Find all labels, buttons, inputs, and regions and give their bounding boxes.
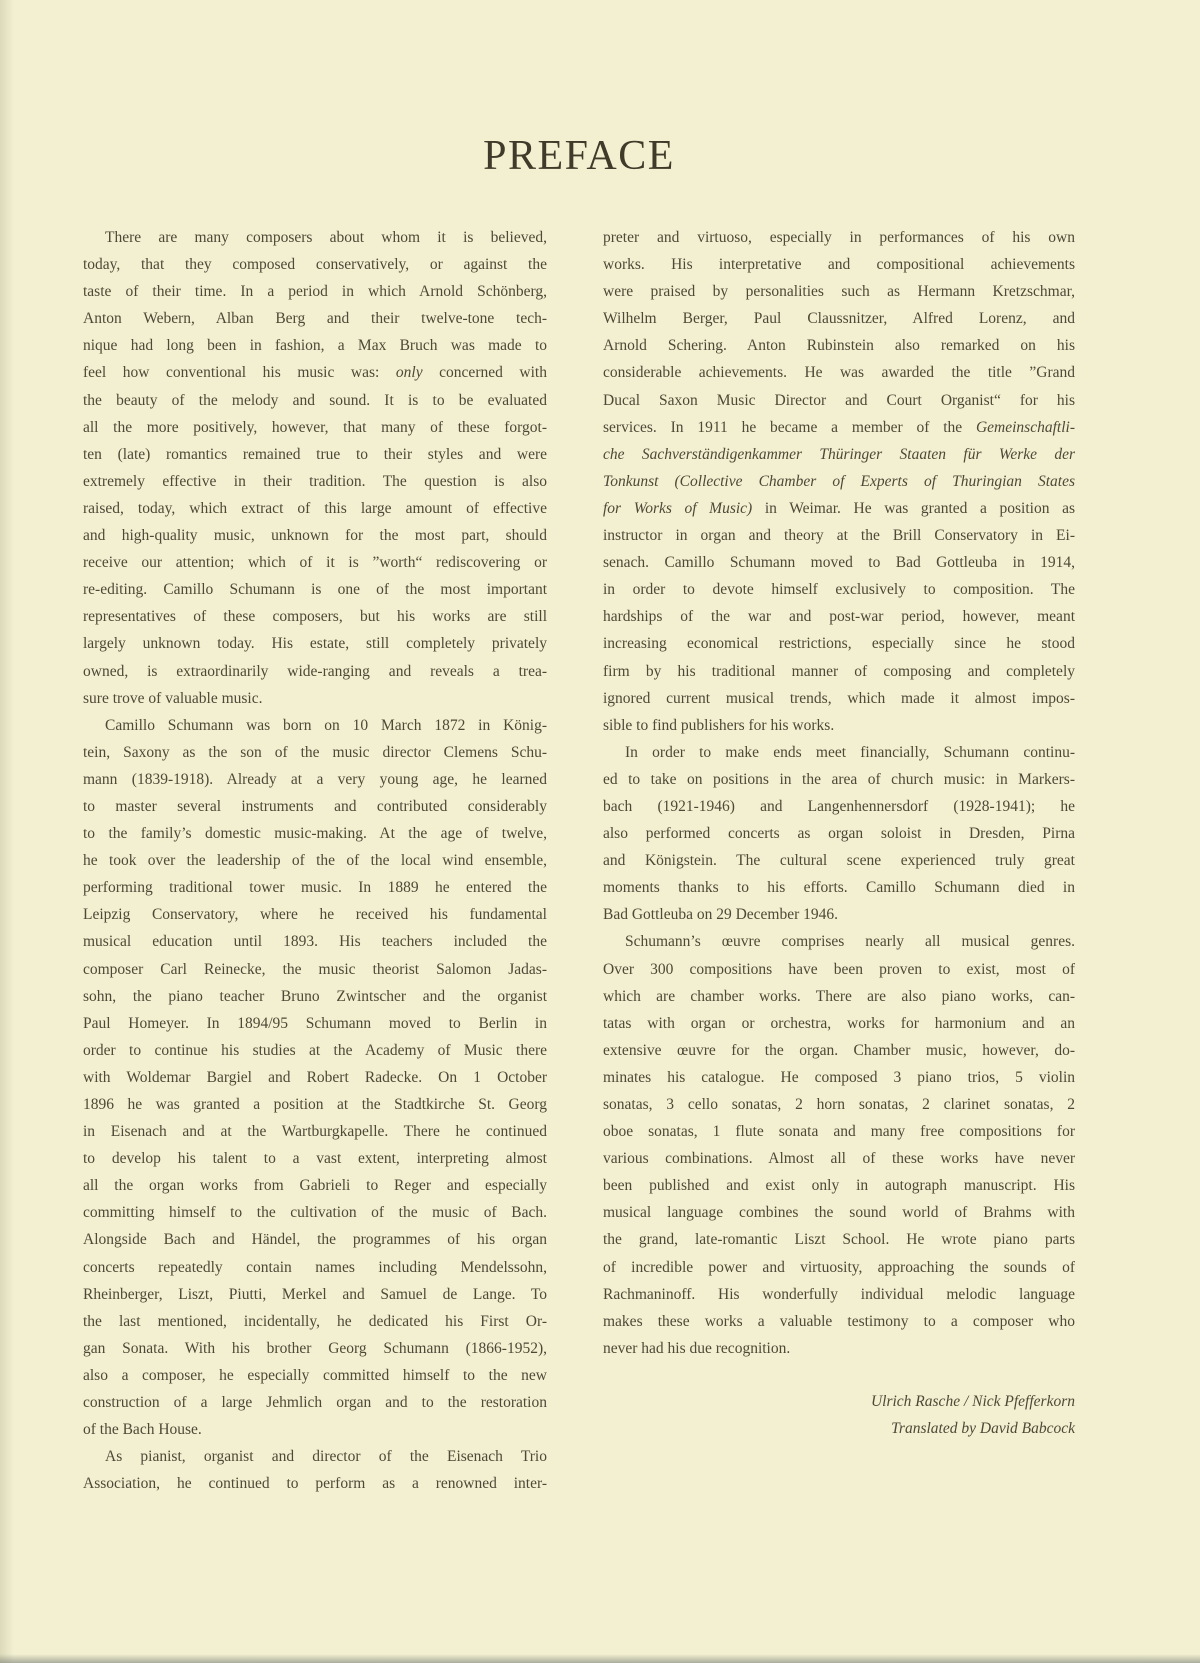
text-line: composer Carl Reinecke, the music theori… — [83, 956, 547, 983]
text-line: mann (1839-1918). Already at a very youn… — [83, 766, 547, 793]
body-text: taste of their time. In a period in whic… — [83, 283, 547, 300]
text-line: concerts repeatedly contain names includ… — [83, 1254, 547, 1281]
paragraph: As pianist, organist and director of the… — [83, 1443, 547, 1497]
body-text: to master several instruments and contri… — [83, 798, 547, 815]
text-line: Schumann’s œuvre comprises nearly all mu… — [603, 928, 1075, 955]
body-text: the beauty of the melody and sound. It i… — [83, 392, 547, 409]
body-text: order to continue his studies at the Aca… — [83, 1042, 547, 1059]
body-text: Camillo Schumann was born on 10 March 18… — [105, 717, 547, 734]
paragraph: Schumann’s œuvre comprises nearly all mu… — [603, 928, 1075, 1362]
text-line: he took over the leadership of the of th… — [83, 847, 547, 874]
text-line: the beauty of the melody and sound. It i… — [83, 387, 547, 414]
text-line: Association, he continued to perform as … — [83, 1470, 547, 1497]
body-text: receive our attention; which of it is ”w… — [83, 554, 547, 571]
text-line: all the more positively, however, that m… — [83, 414, 547, 441]
text-line: Camillo Schumann was born on 10 March 18… — [83, 712, 547, 739]
text-line: makes these works a valuable testimony t… — [603, 1308, 1075, 1335]
text-line: to master several instruments and contri… — [83, 793, 547, 820]
body-text: raised, today, which extract of this lar… — [83, 500, 547, 517]
text-line: gan Sonata. With his brother Georg Schum… — [83, 1335, 547, 1362]
text-line: never had his due recognition. — [603, 1335, 1075, 1362]
text-line: various combinations. Almost all of thes… — [603, 1145, 1075, 1172]
body-text: performing traditional tower music. In 1… — [83, 879, 547, 896]
body-text: representatives of these composers, but … — [83, 608, 547, 625]
text-line: services. In 1911 he became a member of … — [603, 414, 1075, 441]
body-text: the grand, late-romantic Liszt School. H… — [603, 1231, 1075, 1248]
text-line: musical language combines the sound worl… — [603, 1199, 1075, 1226]
text-line: sohn, the piano teacher Bruno Zwintscher… — [83, 983, 547, 1010]
body-text: considerable achievements. He was awarde… — [603, 364, 1075, 381]
body-text: construction of a large Jehmlich organ a… — [83, 1394, 547, 1411]
body-text: musical education until 1893. His teache… — [83, 933, 547, 950]
body-text: sonatas, 3 cello sonatas, 2 horn sonatas… — [603, 1096, 1075, 1113]
text-line: all the organ works from Gabrieli to Reg… — [83, 1172, 547, 1199]
text-line: largely unknown today. His estate, still… — [83, 630, 547, 657]
scan-edge-left — [0, 0, 14, 1663]
text-line: re-editing. Camillo Schumann is one of t… — [83, 576, 547, 603]
signature-translator: Translated by David Babcock — [603, 1415, 1075, 1442]
text-line: been published and exist only in autogra… — [603, 1172, 1075, 1199]
text-line: in Eisenach and at the Wartburgkapelle. … — [83, 1118, 547, 1145]
body-text: Paul Homeyer. In 1894/95 Schumann moved … — [83, 1015, 547, 1032]
body-text: oboe sonatas, 1 flute sonata and many fr… — [603, 1123, 1075, 1140]
italic-text: Tonkunst (Collective Chamber of Experts … — [603, 473, 1075, 490]
body-text: extremely effective in their tradition. … — [83, 473, 547, 490]
body-text: 1896 he was granted a position at the St… — [83, 1096, 547, 1113]
text-line: Tonkunst (Collective Chamber of Experts … — [603, 468, 1075, 495]
text-line: today, that they composed conservatively… — [83, 251, 547, 278]
text-line: hardships of the war and post-war period… — [603, 603, 1075, 630]
body-text: firm by his traditional manner of compos… — [603, 663, 1075, 680]
text-line: instructor in organ and theory at the Br… — [603, 522, 1075, 549]
text-line: representatives of these composers, but … — [83, 603, 547, 630]
body-text: in order to devote himself exclusively t… — [603, 581, 1075, 598]
body-text: owned, is extraordinarily wide-ranging a… — [83, 663, 547, 680]
text-line: works. His interpretative and compositio… — [603, 251, 1075, 278]
body-text: Association, he continued to perform as … — [83, 1475, 547, 1492]
text-line: Wilhelm Berger, Paul Claussnitzer, Alfre… — [603, 305, 1075, 332]
text-line: considerable achievements. He was awarde… — [603, 359, 1075, 386]
body-text: tatas with organ or orchestra, works for… — [603, 1015, 1075, 1032]
body-text: Schumann’s œuvre comprises nearly all mu… — [625, 933, 1075, 950]
body-text: instructor in organ and theory at the Br… — [603, 527, 1075, 544]
text-line: tatas with organ or orchestra, works for… — [603, 1010, 1075, 1037]
text-line: increasing economical restrictions, espe… — [603, 630, 1075, 657]
body-text: in Eisenach and at the Wartburgkapelle. … — [83, 1123, 547, 1140]
paragraph: preter and virtuoso, especially in perfo… — [603, 224, 1075, 739]
body-text: bach (1921-1946) and Langenhennersdorf (… — [603, 798, 1075, 815]
scan-edge-bottom — [0, 1654, 1200, 1663]
body-text: largely unknown today. His estate, still… — [83, 635, 547, 652]
text-line: order to continue his studies at the Aca… — [83, 1037, 547, 1064]
body-text: all the more positively, however, that m… — [83, 419, 547, 436]
body-text: and high-quality music, unknown for the … — [83, 527, 547, 544]
body-text: Rachmaninoff. His wonderfully individual… — [603, 1286, 1075, 1303]
text-line: also performed concerts as organ soloist… — [603, 820, 1075, 847]
body-text: As pianist, organist and director of the… — [105, 1448, 547, 1465]
text-line: taste of their time. In a period in whic… — [83, 278, 547, 305]
text-line: to develop his talent to a vast extent, … — [83, 1145, 547, 1172]
body-text: Arnold Schering. Anton Rubinstein also r… — [603, 337, 1075, 354]
text-line: oboe sonatas, 1 flute sonata and many fr… — [603, 1118, 1075, 1145]
text-line: the last mentioned, incidentally, he ded… — [83, 1308, 547, 1335]
body-text: increasing economical restrictions, espe… — [603, 635, 1075, 652]
page-title: PREFACE — [83, 130, 1075, 182]
body-text: sible to find publishers for his works. — [603, 717, 834, 734]
text-line: 1896 he was granted a position at the St… — [83, 1091, 547, 1118]
text-line: and high-quality music, unknown for the … — [83, 522, 547, 549]
text-line: which are chamber works. There are also … — [603, 983, 1075, 1010]
text-line: nique had long been in fashion, a Max Br… — [83, 332, 547, 359]
text-line: There are many composers about whom it i… — [83, 224, 547, 251]
text-line: musical education until 1893. His teache… — [83, 928, 547, 955]
paragraph: There are many composers about whom it i… — [83, 224, 547, 712]
body-text: tein, Saxony as the son of the music dir… — [83, 744, 547, 761]
body-text: in Weimar. He was granted a position as — [752, 500, 1075, 517]
body-text: mann (1839-1918). Already at a very youn… — [83, 771, 547, 788]
signature-block: Ulrich Rasche / Nick Pfefferkorn Transla… — [603, 1388, 1075, 1442]
book-page: PREFACE There are many composers about w… — [0, 0, 1200, 1663]
text-line: performing traditional tower music. In 1… — [83, 874, 547, 901]
body-text: of the Bach House. — [83, 1421, 202, 1438]
body-text: moments thanks to his efforts. Camillo S… — [603, 879, 1075, 896]
text-line: Alongside Bach and Händel, the programme… — [83, 1226, 547, 1253]
text-line: Over 300 compositions have been proven t… — [603, 956, 1075, 983]
body-text: various combinations. Almost all of thes… — [603, 1150, 1075, 1167]
text-line: were praised by personalities such as He… — [603, 278, 1075, 305]
text-line: minates his catalogue. He composed 3 pia… — [603, 1064, 1075, 1091]
text-line: receive our attention; which of it is ”w… — [83, 549, 547, 576]
body-text: In order to make ends meet financially, … — [625, 744, 1075, 761]
text-line: and Königstein. The cultural scene exper… — [603, 847, 1075, 874]
text-line: ten (late) romantics remained true to th… — [83, 441, 547, 468]
body-text: ignored current musical trends, which ma… — [603, 690, 1075, 707]
signature-authors: Ulrich Rasche / Nick Pfefferkorn — [603, 1388, 1075, 1415]
paragraph: In order to make ends meet financially, … — [603, 739, 1075, 929]
body-text: minates his catalogue. He composed 3 pia… — [603, 1069, 1075, 1086]
body-text: Alongside Bach and Händel, the programme… — [83, 1231, 547, 1248]
body-text: with Woldemar Bargiel and Robert Radecke… — [83, 1069, 547, 1086]
text-line: firm by his traditional manner of compos… — [603, 658, 1075, 685]
text-line: tein, Saxony as the son of the music dir… — [83, 739, 547, 766]
body-text: gan Sonata. With his brother Georg Schum… — [83, 1340, 547, 1357]
text-line: Ducal Saxon Music Director and Court Org… — [603, 387, 1075, 414]
body-text: services. In 1911 he became a member of … — [603, 419, 976, 436]
body-text: musical language combines the sound worl… — [603, 1204, 1075, 1221]
body-text: Wilhelm Berger, Paul Claussnitzer, Alfre… — [603, 310, 1075, 327]
text-line: Rachmaninoff. His wonderfully individual… — [603, 1281, 1075, 1308]
body-text: the last mentioned, incidentally, he ded… — [83, 1313, 547, 1330]
text-line: Arnold Schering. Anton Rubinstein also r… — [603, 332, 1075, 359]
body-text: There are many composers about whom it i… — [105, 229, 547, 246]
text-line: ed to take on positions in the area of c… — [603, 766, 1075, 793]
body-text: never had his due recognition. — [603, 1340, 790, 1357]
body-text: works. His interpretative and compositio… — [603, 256, 1075, 273]
body-text: to develop his talent to a vast extent, … — [83, 1150, 547, 1167]
body-text: hardships of the war and post-war period… — [603, 608, 1075, 625]
body-text: composer Carl Reinecke, the music theori… — [83, 961, 547, 978]
body-text: concerned with — [423, 364, 547, 381]
text-line: owned, is extraordinarily wide-ranging a… — [83, 658, 547, 685]
text-line: ignored current musical trends, which ma… — [603, 685, 1075, 712]
text-line: for Works of Music) in Weimar. He was gr… — [603, 495, 1075, 522]
body-text: Over 300 compositions have been proven t… — [603, 961, 1075, 978]
body-text: sure trove of valuable music. — [83, 690, 262, 707]
body-text: ten (late) romantics remained true to th… — [83, 446, 547, 463]
body-text: re-editing. Camillo Schumann is one of t… — [83, 581, 547, 598]
text-line: also a composer, he especially committed… — [83, 1362, 547, 1389]
body-text: all the organ works from Gabrieli to Reg… — [83, 1177, 547, 1194]
body-text: committing himself to the cultivation of… — [83, 1204, 547, 1221]
text-line: sure trove of valuable music. — [83, 685, 547, 712]
italic-text: che Sachverständigenkammer Thüringer Sta… — [603, 446, 1075, 463]
body-text: extensive œuvre for the organ. Chamber m… — [603, 1042, 1075, 1059]
body-text: feel how conventional his music was: — [83, 364, 396, 381]
text-line: Bad Gottleuba on 29 December 1946. — [603, 901, 1075, 928]
italic-text: only — [396, 364, 423, 381]
body-text: concerts repeatedly contain names includ… — [83, 1259, 547, 1276]
body-text: also a composer, he especially committed… — [83, 1367, 547, 1384]
body-text: today, that they composed conservatively… — [83, 256, 547, 273]
text-line: in order to devote himself exclusively t… — [603, 576, 1075, 603]
body-text: and Königstein. The cultural scene exper… — [603, 852, 1075, 869]
italic-text: Gemeinschaftli- — [976, 419, 1075, 436]
body-text: senach. Camillo Schumann moved to Bad Go… — [603, 554, 1075, 571]
text-line: extensive œuvre for the organ. Chamber m… — [603, 1037, 1075, 1064]
body-text: Leipzig Conservatory, where he received … — [83, 906, 547, 923]
text-line: feel how conventional his music was: onl… — [83, 359, 547, 386]
body-text: of incredible power and virtuosity, appr… — [603, 1259, 1075, 1276]
text-line: committing himself to the cultivation of… — [83, 1199, 547, 1226]
body-text: ed to take on positions in the area of c… — [603, 771, 1075, 788]
body-text: Anton Webern, Alban Berg and their twelv… — [83, 310, 547, 327]
body-text: Ducal Saxon Music Director and Court Org… — [603, 392, 1075, 409]
text-line: sible to find publishers for his works. — [603, 712, 1075, 739]
text-line: the grand, late-romantic Liszt School. H… — [603, 1226, 1075, 1253]
body-text: nique had long been in fashion, a Max Br… — [83, 337, 547, 354]
body-text: to the family’s domestic music-making. A… — [83, 825, 547, 842]
text-line: of the Bach House. — [83, 1416, 547, 1443]
text-line: extremely effective in their tradition. … — [83, 468, 547, 495]
text-line: As pianist, organist and director of the… — [83, 1443, 547, 1470]
text-line: construction of a large Jehmlich organ a… — [83, 1389, 547, 1416]
text-line: of incredible power and virtuosity, appr… — [603, 1254, 1075, 1281]
text-line: Paul Homeyer. In 1894/95 Schumann moved … — [83, 1010, 547, 1037]
text-line: with Woldemar Bargiel and Robert Radecke… — [83, 1064, 547, 1091]
text-line: senach. Camillo Schumann moved to Bad Go… — [603, 549, 1075, 576]
text-line: to the family’s domestic music-making. A… — [83, 820, 547, 847]
italic-text: for Works of Music) — [603, 500, 752, 517]
body-text: Bad Gottleuba on 29 December 1946. — [603, 906, 838, 923]
right-column: preter and virtuoso, especially in perfo… — [603, 224, 1075, 1362]
text-line: In order to make ends meet financially, … — [603, 739, 1075, 766]
body-text: preter and virtuoso, especially in perfo… — [603, 229, 1075, 246]
paragraph: Camillo Schumann was born on 10 March 18… — [83, 712, 547, 1444]
body-text: also performed concerts as organ soloist… — [603, 825, 1075, 842]
body-text: Rheinberger, Liszt, Piutti, Merkel and S… — [83, 1286, 547, 1303]
body-text: he took over the leadership of the of th… — [83, 852, 547, 869]
body-text: sohn, the piano teacher Bruno Zwintscher… — [83, 988, 547, 1005]
text-line: sonatas, 3 cello sonatas, 2 horn sonatas… — [603, 1091, 1075, 1118]
left-column: There are many composers about whom it i… — [83, 224, 547, 1497]
text-line: bach (1921-1946) and Langenhennersdorf (… — [603, 793, 1075, 820]
text-line: preter and virtuoso, especially in perfo… — [603, 224, 1075, 251]
text-line: che Sachverständigenkammer Thüringer Sta… — [603, 441, 1075, 468]
text-line: Rheinberger, Liszt, Piutti, Merkel and S… — [83, 1281, 547, 1308]
text-line: raised, today, which extract of this lar… — [83, 495, 547, 522]
text-line: Anton Webern, Alban Berg and their twelv… — [83, 305, 547, 332]
text-line: Leipzig Conservatory, where he received … — [83, 901, 547, 928]
body-text: been published and exist only in autogra… — [603, 1177, 1075, 1194]
body-text: makes these works a valuable testimony t… — [603, 1313, 1075, 1330]
body-text: which are chamber works. There are also … — [603, 988, 1075, 1005]
text-line: moments thanks to his efforts. Camillo S… — [603, 874, 1075, 901]
body-text: were praised by personalities such as He… — [603, 283, 1075, 300]
